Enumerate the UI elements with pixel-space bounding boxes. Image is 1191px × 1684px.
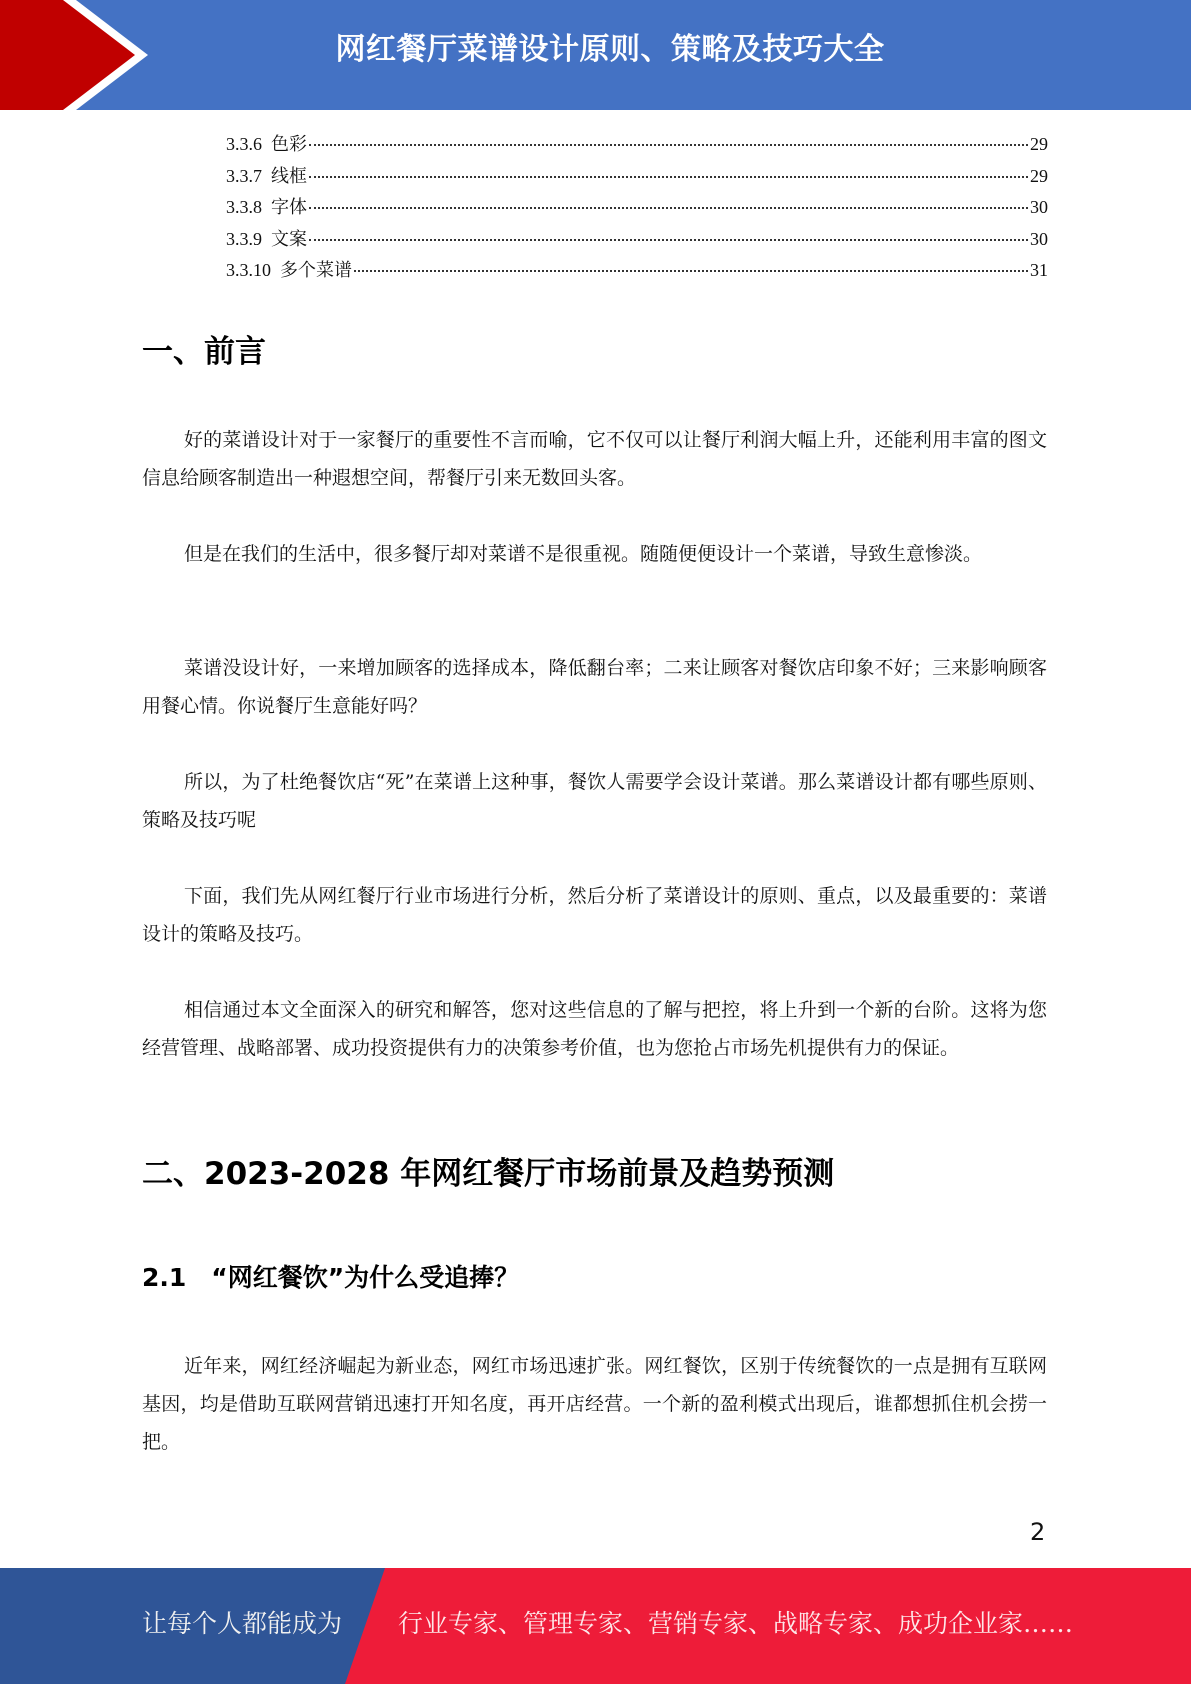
toc-entry[interactable]: 3.3.7 线框 29 (226, 162, 1048, 194)
market-paragraph-1: 近年来，网红经济崛起为新业态，网红市场迅速扩张。网红餐饮，区别于传统餐饮的一点是… (142, 1347, 1047, 1461)
toc-leader-dots (354, 270, 1028, 272)
footer-banner: 让每个人都能成为 行业专家、管理专家、营销专家、战略专家、成功企业家…… (0, 1568, 1191, 1684)
toc-entry-number: 3.3.6 (226, 134, 262, 155)
footer-slogan-left: 让每个人都能成为 (142, 1604, 342, 1640)
toc-entry[interactable]: 3.3.8 字体 30 (226, 193, 1048, 225)
preface-paragraph-2: 但是在我们的生活中，很多餐厅却对菜谱不是很重视。随随便便设计一个菜谱，导致生意惨… (142, 535, 1047, 573)
preface-paragraph-3: 菜谱没设计好，一来增加顾客的选择成本，降低翻台率；二来让顾客对餐饮店印象不好；三… (142, 649, 1047, 725)
toc-entry[interactable]: 3.3.6 色彩 29 (226, 130, 1048, 162)
toc-entry-page: 29 (1030, 166, 1048, 187)
toc-entry-number: 3.3.8 (226, 197, 262, 218)
section-heading-preface: 一、前言 (142, 326, 266, 371)
toc-entry-number: 3.3.10 (226, 260, 271, 281)
toc-entry[interactable]: 3.3.10 多个菜谱 31 (226, 256, 1048, 288)
toc-entry-label: 文案 (262, 225, 307, 251)
section-heading-market: 二、2023-2028 年网红餐厅市场前景及趋势预测 (142, 1148, 834, 1193)
toc-leader-dots (309, 144, 1028, 146)
footer-slogan-right: 行业专家、管理专家、营销专家、战略专家、成功企业家…… (398, 1604, 1073, 1640)
page-number: 2 (1030, 1518, 1045, 1546)
table-of-contents: 3.3.6 色彩 29 3.3.7 线框 29 3.3.8 字体 30 3.3.… (226, 130, 1048, 288)
preface-paragraph-6: 相信通过本文全面深入的研究和解答，您对这些信息的了解与把控，将上升到一个新的台阶… (142, 991, 1047, 1067)
toc-entry-page: 30 (1030, 229, 1048, 250)
toc-entry-page: 30 (1030, 197, 1048, 218)
document-title: 网红餐厅菜谱设计原则、策略及技巧大全 (300, 28, 920, 72)
header-banner: 网红餐厅菜谱设计原则、策略及技巧大全 (0, 0, 1191, 110)
toc-entry-page: 29 (1030, 134, 1048, 155)
toc-entry[interactable]: 3.3.9 文案 30 (226, 225, 1048, 257)
toc-entry-label: 色彩 (262, 130, 307, 156)
toc-leader-dots (309, 176, 1028, 178)
preface-paragraph-5: 下面，我们先从网红餐厅行业市场进行分析，然后分析了菜谱设计的原则、重点，以及最重… (142, 877, 1047, 953)
preface-paragraph-1: 好的菜谱设计对于一家餐厅的重要性不言而喻，它不仅可以让餐厅利润大幅上升，还能利用… (142, 421, 1047, 497)
toc-entry-page: 31 (1030, 260, 1048, 281)
toc-entry-label: 字体 (262, 193, 307, 219)
toc-entry-number: 3.3.9 (226, 229, 262, 250)
toc-leader-dots (309, 207, 1028, 209)
toc-entry-label: 线框 (262, 162, 307, 188)
preface-paragraph-4: 所以，为了杜绝餐饮店“死”在菜谱上这种事，餐饮人需要学会设计菜谱。那么菜谱设计都… (142, 763, 1047, 839)
toc-leader-dots (309, 239, 1028, 241)
subsection-heading-2-1: 2.1 “网红餐饮”为什么受追捧？ (142, 1258, 519, 1294)
toc-entry-number: 3.3.7 (226, 166, 262, 187)
toc-entry-label: 多个菜谱 (271, 256, 352, 282)
